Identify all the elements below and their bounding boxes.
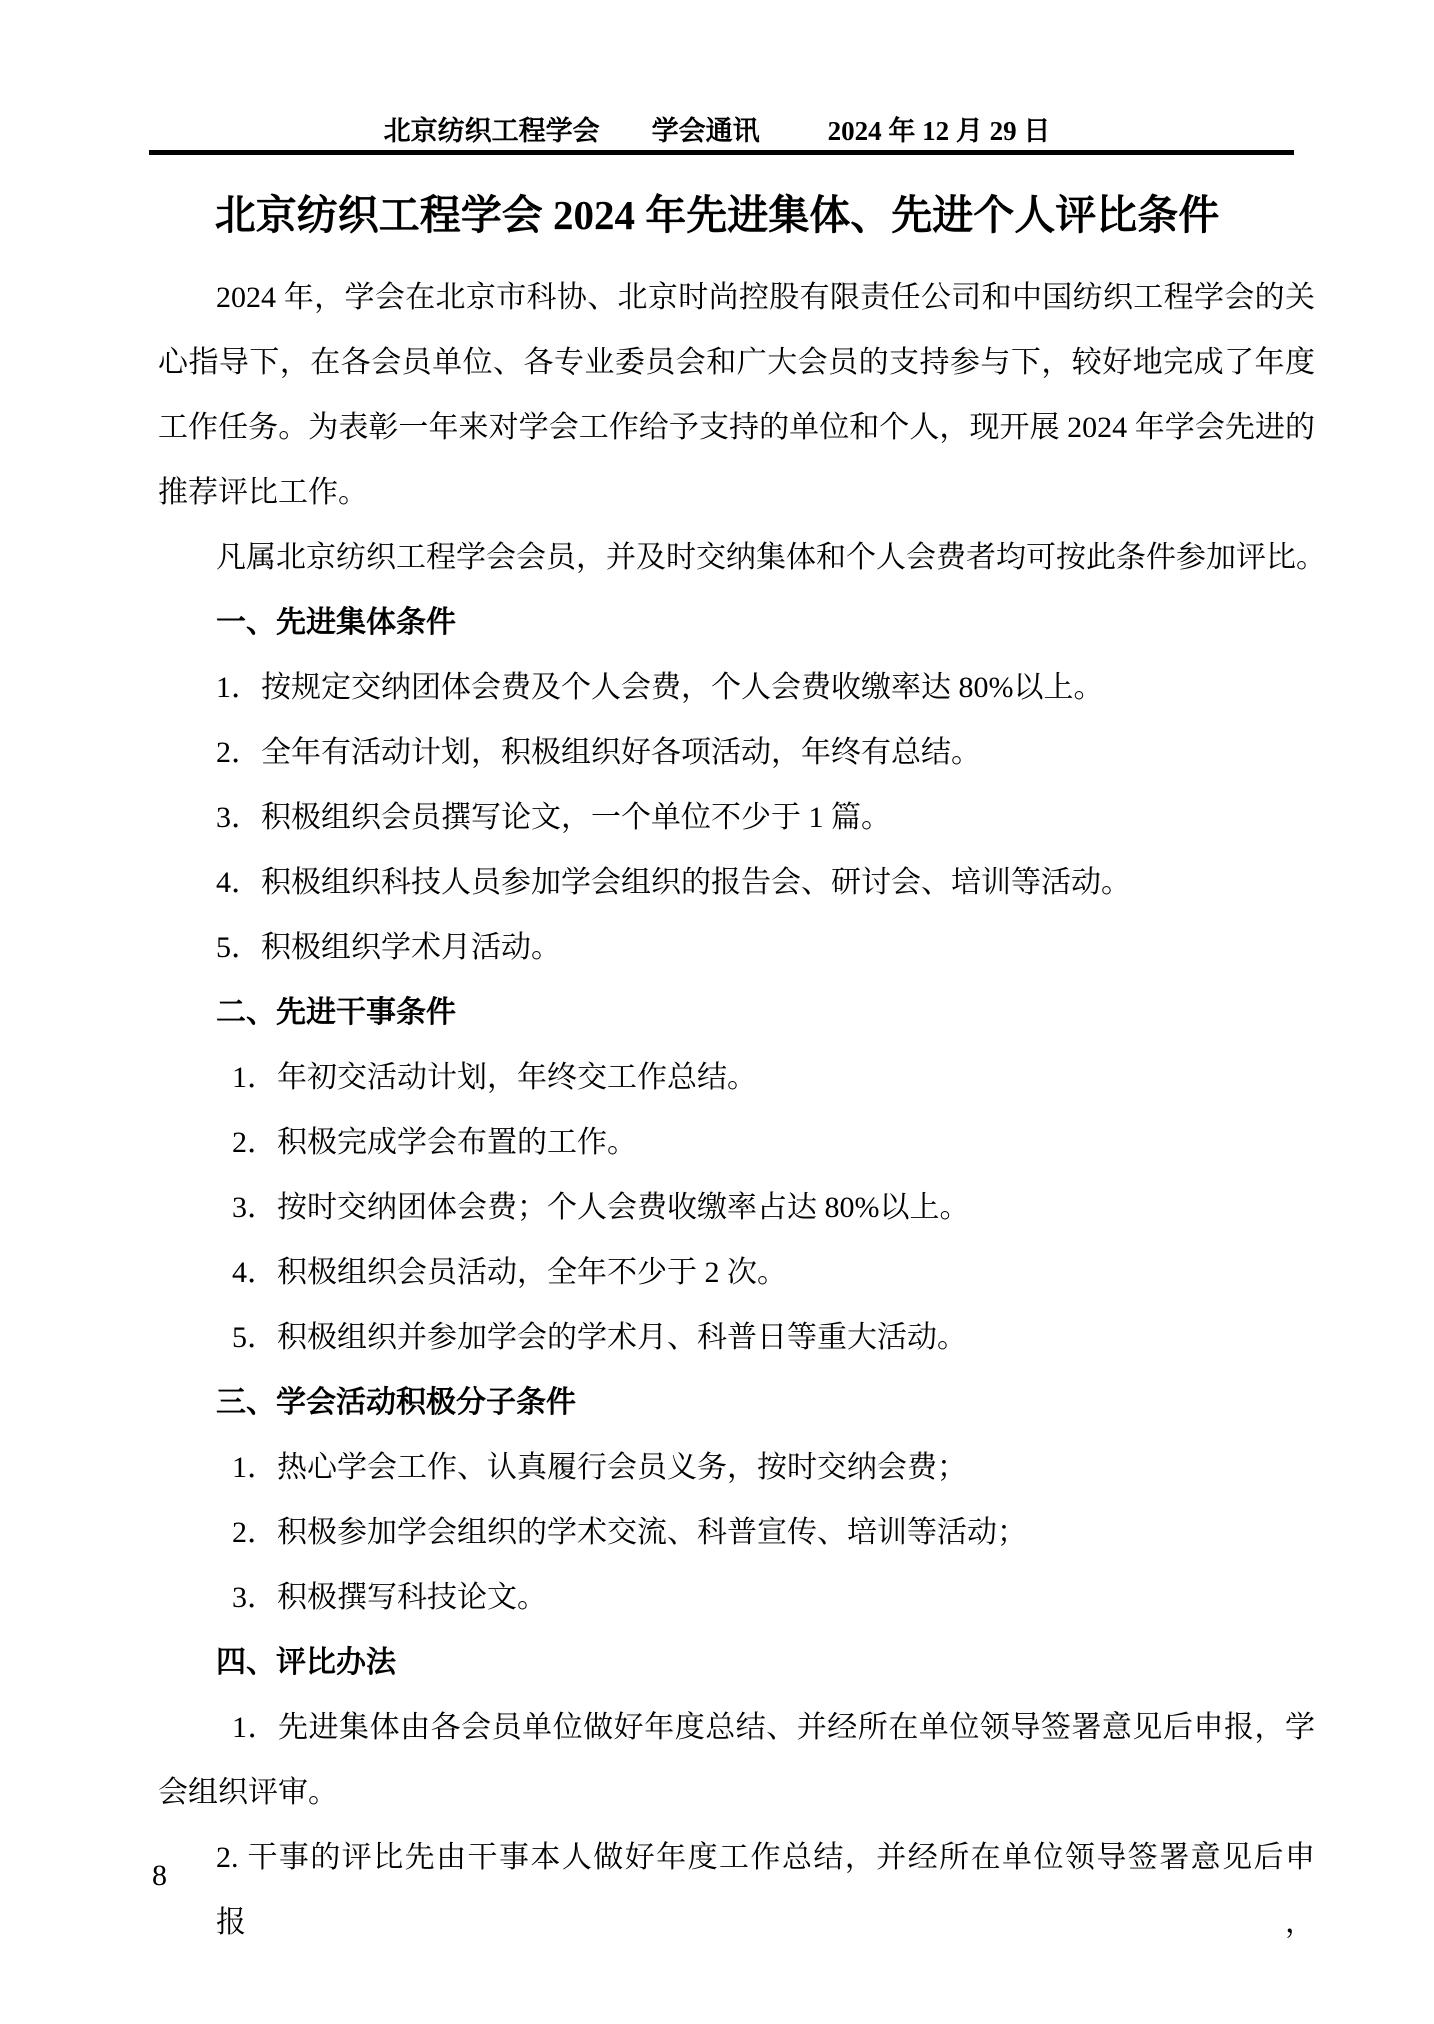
header-publication: 学会通讯 <box>652 112 760 150</box>
running-header: 北京纺织工程学会 学会通讯 2024 年 12 月 29 日 <box>0 112 1434 150</box>
section-1-item-3: 3．积极组织会员撰写论文，一个单位不少于 1 篇。 <box>158 785 1315 850</box>
section-1-heading: 一、先进集体条件 <box>158 590 1315 655</box>
section-1-item-5: 5．积极组织学术月活动。 <box>158 915 1315 980</box>
intro-line-4: 推荐评比工作。 <box>158 460 1315 525</box>
section-1-item-2: 2．全年有活动计划，积极组织好各项活动，年终有总结。 <box>158 720 1315 785</box>
intro-line-1: 2024 年，学会在北京市科协、北京时尚控股有限责任公司和中国纺织工程学会的关 <box>158 265 1315 330</box>
section-3-heading: 三、学会活动积极分子条件 <box>158 1370 1315 1435</box>
section-2-item-3: 3．按时交纳团体会费；个人会费收缴率占达 80%以上。 <box>158 1175 1315 1240</box>
section-4-item-1-line-1: 1．先进集体由各会员单位做好年度总结、并经所在单位领导签署意见后申报，学 <box>158 1695 1315 1760</box>
section-2-item-5: 5．积极组织并参加学会的学术月、科普日等重大活动。 <box>158 1305 1315 1370</box>
section-4-item-2-line-1: 2. 干事的评比先由干事本人做好年度工作总结，并经所在单位领导签署意见后申报， <box>158 1825 1315 1890</box>
section-2-item-4: 4．积极组织会员活动，全年不少于 2 次。 <box>158 1240 1315 1305</box>
section-1-item-1: 1．按规定交纳团体会费及个人会费，个人会费收缴率达 80%以上。 <box>158 655 1315 720</box>
intro-line-2: 心指导下，在各会员单位、各专业委员会和广大会员的支持参与下，较好地完成了年度 <box>158 330 1315 395</box>
section-2-item-2: 2．积极完成学会布置的工作。 <box>158 1110 1315 1175</box>
header-organization: 北京纺织工程学会 <box>384 112 600 150</box>
document-page: 北京纺织工程学会 学会通讯 2024 年 12 月 29 日 北京纺织工程学会 … <box>0 0 1434 2024</box>
document-title: 北京纺织工程学会 2024 年先进集体、先进个人评比条件 <box>0 183 1434 248</box>
section-3-item-1: 1．热心学会工作、认真履行会员义务，按时交纳会费； <box>158 1435 1315 1500</box>
header-date: 2024 年 12 月 29 日 <box>828 112 1051 150</box>
section-3-item-2: 2．积极参加学会组织的学术交流、科普宣传、培训等活动； <box>158 1500 1315 1565</box>
page-number: 8 <box>152 1856 167 1896</box>
eligibility-line: 凡属北京纺织工程学会会员，并及时交纳集体和个人会费者均可按此条件参加评比。 <box>158 525 1315 590</box>
section-2-item-1: 1．年初交活动计划，年终交工作总结。 <box>158 1045 1315 1110</box>
section-4-heading: 四、评比办法 <box>158 1630 1315 1695</box>
intro-line-3: 工作任务。为表彰一年来对学会工作给予支持的单位和个人，现开展 2024 年学会先… <box>158 395 1315 460</box>
document-body: 2024 年，学会在北京市科协、北京时尚控股有限责任公司和中国纺织工程学会的关 … <box>158 265 1315 1890</box>
section-2-heading: 二、先进干事条件 <box>158 980 1315 1045</box>
section-3-item-3: 3．积极撰写科技论文。 <box>158 1565 1315 1630</box>
header-rule <box>149 150 1294 155</box>
section-4-item-1-line-2: 会组织评审。 <box>158 1760 1315 1825</box>
section-1-item-4: 4．积极组织科技人员参加学会组织的报告会、研讨会、培训等活动。 <box>158 850 1315 915</box>
